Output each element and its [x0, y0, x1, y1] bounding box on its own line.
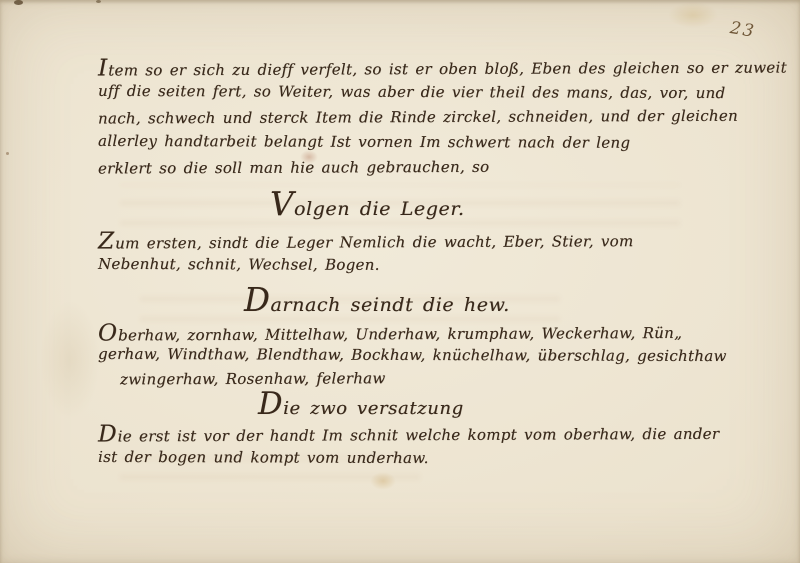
paragraph-hew-list: Oberhaw, zornhaw, Mittelhaw, Underhaw, k…: [98, 323, 766, 392]
paper-stain: [668, 2, 718, 28]
text-line: ist der bogen und kompt vom underhaw.: [98, 448, 766, 475]
page-number: 23: [729, 18, 757, 42]
manuscript-text-block: Item so er sich zu dieff verfelt, so ist…: [98, 58, 766, 474]
heading-leger: Volgen die Leger.: [270, 193, 766, 223]
paragraph-intro: Item so er sich zu dieff verfelt, so ist…: [98, 58, 766, 183]
ink-speck: [14, 0, 23, 5]
text-line: uff die seiten fert, so Weiter, was aber…: [98, 82, 766, 109]
text-line: gerhaw, Windthaw, Blendthaw, Bockhaw, kn…: [98, 345, 766, 370]
text-line: nach, schwech und sterck Item die Rinde …: [98, 107, 766, 135]
text-line: Item so er sich zu dieff verfelt, so ist…: [98, 57, 766, 85]
heading-hew: Darnach seindt die hew.: [244, 289, 766, 319]
text-line: Zum ersten, sindt die Leger Nemlich die …: [98, 230, 766, 258]
paper-stain: [40, 300, 100, 420]
paragraph-versatzung: Die erst ist vor der handt Im schnit wel…: [98, 424, 766, 474]
text-line: Nebenhut, schnit, Wechsel, Bogen.: [98, 255, 766, 282]
ink-speck: [96, 0, 101, 3]
paragraph-leger-list: Zum ersten, sindt die Leger Nemlich die …: [98, 231, 766, 281]
ink-speck: [6, 152, 9, 155]
paper-stain: [370, 472, 396, 490]
text-line: Die erst ist vor der handt Im schnit wel…: [98, 423, 766, 451]
manuscript-page: 23 Item so er sich zu dieff verfelt, so …: [0, 0, 800, 563]
text-line: erklert so die soll man hie auch gebrauc…: [98, 157, 766, 185]
text-line: allerley handtarbeit belangt Ist vornen …: [98, 132, 766, 159]
heading-versatzung: Die zwo versatzung: [258, 394, 766, 420]
text-line: Oberhaw, zornhaw, Mittelhaw, Underhaw, k…: [98, 322, 766, 348]
text-line: zwingerhaw, Rosenhaw, felerhaw: [98, 368, 766, 394]
